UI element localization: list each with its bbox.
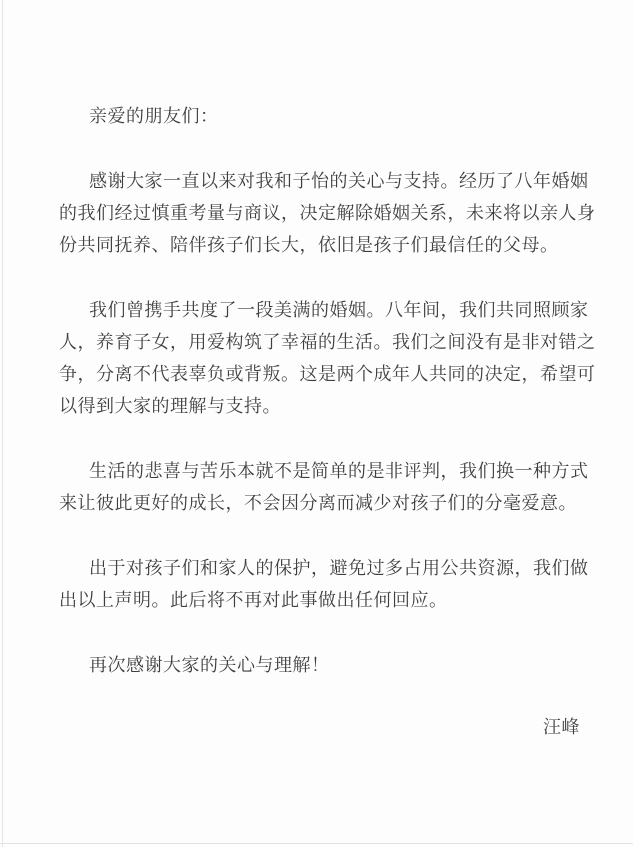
- paragraph-line: 感谢大家一直以来对我和子怡的关心与支持。经历了八年婚姻: [59, 165, 580, 197]
- paragraph-line: 的我们经过慎重考量与商议，决定解除婚姻关系，未来将以亲人身: [59, 197, 580, 229]
- page-bottom-edge: [0, 843, 633, 844]
- paragraph-line: 生活的悲喜与苦乐本就不是简单的是非评判，我们换一种方式: [59, 455, 580, 487]
- closing-line: 再次感谢大家的关心与理解！: [59, 649, 580, 681]
- paragraph-1: 感谢大家一直以来对我和子怡的关心与支持。经历了八年婚姻 的我们经过慎重考量与商议…: [59, 165, 580, 261]
- paragraph-line: 出于对孩子们和家人的保护，避免过多占用公共资源，我们做: [59, 552, 580, 584]
- paragraph-3: 生活的悲喜与苦乐本就不是简单的是非评判，我们换一种方式 来让彼此更好的成长，不会…: [59, 455, 580, 519]
- signature: 汪峰: [59, 711, 580, 743]
- paragraph-2: 我们曾携手共度了一段美满的婚姻。八年间，我们共同照顾家 人，养育子女，用爱构筑了…: [59, 294, 580, 422]
- closing-text: 再次感谢大家的关心与理解！: [59, 649, 580, 681]
- salutation: 亲爱的朋友们：: [59, 100, 580, 132]
- page-left-edge: [2, 0, 3, 847]
- letter-body: 亲爱的朋友们： 感谢大家一直以来对我和子怡的关心与支持。经历了八年婚姻 的我们经…: [59, 100, 580, 743]
- paragraph-line: 争，分离不代表辜负或背叛。这是两个成年人共同的决定，希望可: [59, 358, 580, 390]
- paragraph-line: 我们曾携手共度了一段美满的婚姻。八年间，我们共同照顾家: [59, 294, 580, 326]
- letter-page: 亲爱的朋友们： 感谢大家一直以来对我和子怡的关心与支持。经历了八年婚姻 的我们经…: [0, 0, 633, 847]
- paragraph-line: 来让彼此更好的成长，不会因分离而减少对孩子们的分毫爱意。: [59, 487, 580, 519]
- paragraph-line: 出以上声明。此后将不再对此事做出任何回应。: [59, 584, 580, 616]
- paragraph-line: 份共同抚养、陪伴孩子们长大，依旧是孩子们最信任的父母。: [59, 229, 580, 261]
- paragraph-4: 出于对孩子们和家人的保护，避免过多占用公共资源，我们做 出以上声明。此后将不再对…: [59, 552, 580, 616]
- paragraph-line: 以得到大家的理解与支持。: [59, 390, 580, 422]
- paragraph-line: 人，养育子女，用爱构筑了幸福的生活。我们之间没有是非对错之: [59, 326, 580, 358]
